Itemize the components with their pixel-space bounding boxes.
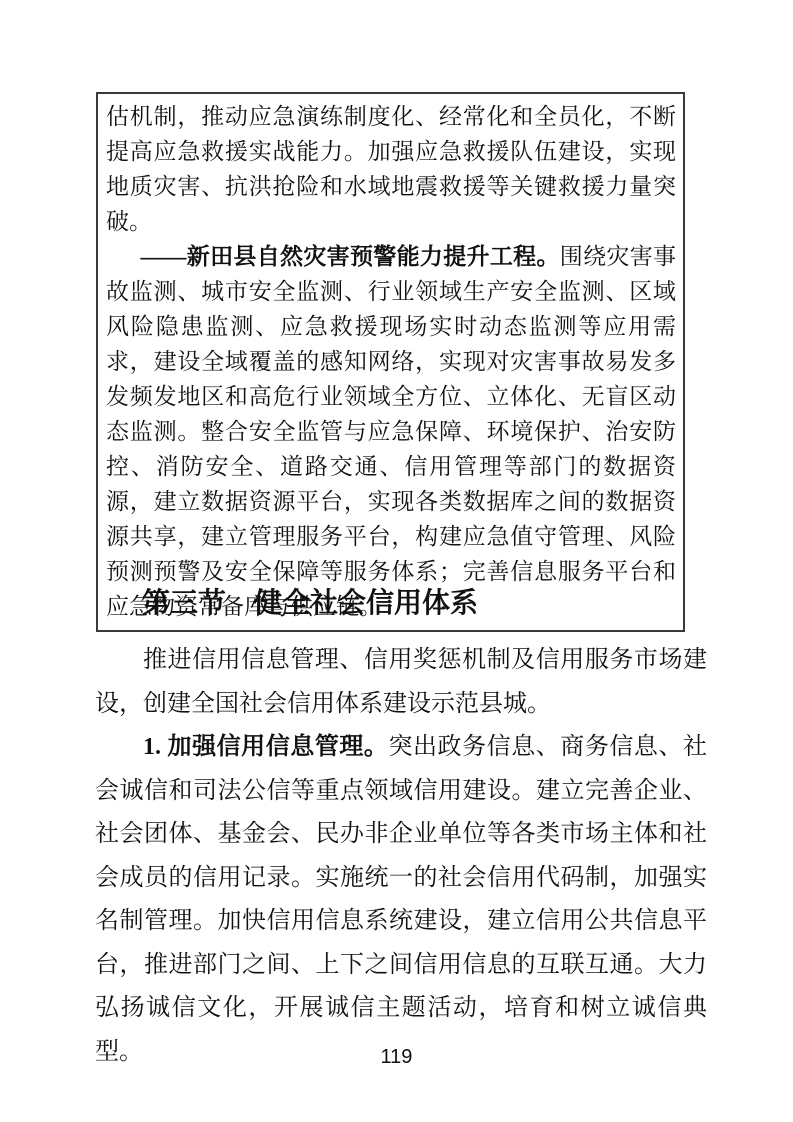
main-content: 第三节 健全社会信用体系 推进信用信息管理、信用奖惩机制及信用服务市场建设，创建… [95,584,707,1074]
text-run: 推进信用信息管理、信用奖惩机制及信用服务市场建设，创建全国社会信用体系建设示范县… [95,647,707,717]
bold-text-run: 1. 加强信用信息管理。 [143,734,388,760]
bold-text-run: ——新田县自然灾害预警能力提升工程。 [141,244,560,269]
box-paragraph-project: ——新田县自然灾害预警能力提升工程。围绕灾害事故监测、城市安全监测、行业领域生产… [106,239,676,624]
box-paragraph-continuation: 估机制，推动应急演练制度化、经常化和全员化，不断提高应急救援实战能力。加强应急救… [106,99,676,239]
body-paragraph-credit-info: 1. 加强信用信息管理。突出政务信息、商务信息、社会诚信和司法公信等重点领域信用… [95,726,707,1074]
text-run: 估机制，推动应急演练制度化、经常化和全员化，不断提高应急救援实战能力。加强应急救… [106,104,676,234]
body-paragraph-intro: 推进信用信息管理、信用奖惩机制及信用服务市场建设，创建全国社会信用体系建设示范县… [95,639,707,726]
section-heading: 第三节 健全社会信用体系 [95,584,707,624]
page-number: 119 [0,1046,793,1069]
document-page: 估机制，推动应急演练制度化、经常化和全员化，不断提高应急救援实战能力。加强应急救… [0,0,793,1122]
text-run: 围绕灾害事故监测、城市安全监测、行业领域生产安全监测、区域风险隐患监测、应急救援… [106,244,676,619]
boxed-text-block: 估机制，推动应急演练制度化、经常化和全员化，不断提高应急救援实战能力。加强应急救… [96,92,685,632]
text-run: 突出政务信息、商务信息、社会诚信和司法公信等重点领域信用建设。建立完善企业、社会… [95,734,707,1065]
